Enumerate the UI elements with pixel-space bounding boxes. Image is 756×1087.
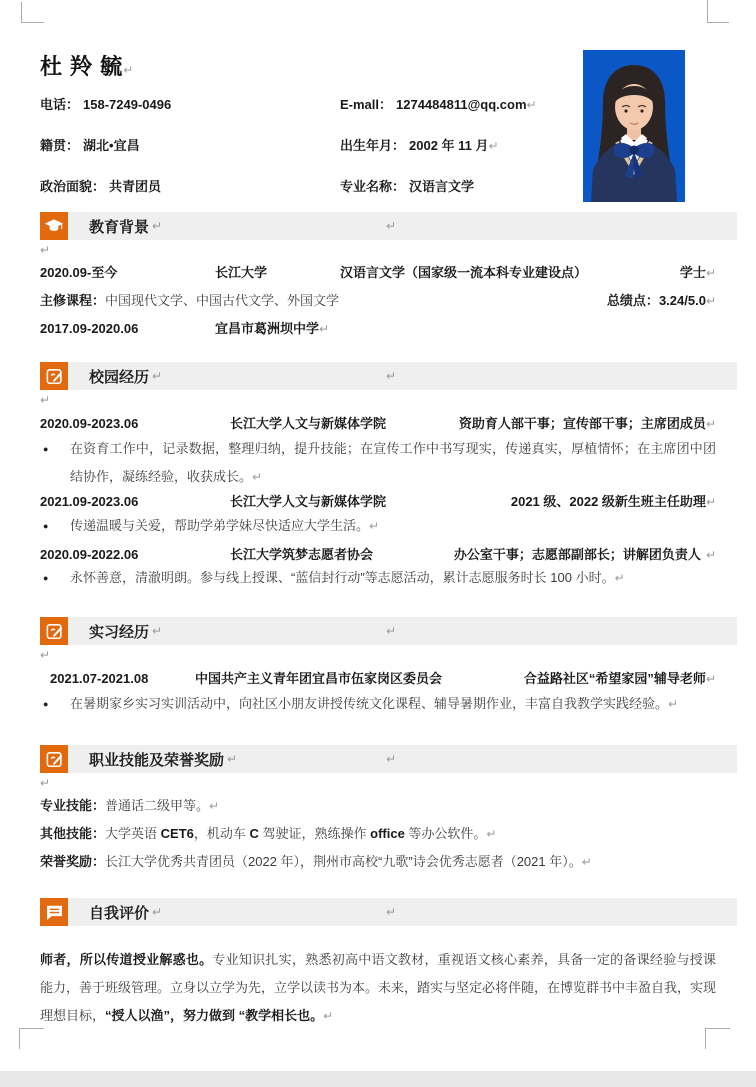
section-title: 教育背景	[89, 216, 149, 237]
bullet-icon: ●	[40, 564, 70, 592]
paragraph-mark: ↵	[152, 905, 162, 919]
margin-mark-top-right	[707, 0, 729, 23]
empty-paragraph: ↵	[40, 242, 716, 258]
paragraph-mark: ↵	[386, 369, 396, 383]
section-header-selfeval: 自我评价↵ ↵	[40, 898, 737, 926]
empty-paragraph: ↵	[40, 392, 716, 408]
date-range: 2021.07-2021.08	[50, 670, 195, 688]
date-range: 2017.09-2020.06	[40, 320, 215, 338]
field-political-status: 政治面貌：共青团员	[40, 178, 340, 196]
organization: 长江大学人文与新媒体学院	[230, 415, 386, 433]
margin-mark-bottom-right	[705, 1028, 730, 1049]
paragraph-mark: ↵	[486, 827, 496, 841]
campus-entry-bullet: ● 永怀善意，清澈明朗。参与线上授课、“蓝信封行动”等志愿活动，累计志愿服务时长…	[40, 564, 716, 592]
education-row-courses: 主修课程：中国现代文学、中国古代文学、外国文学 总绩点：3.24/5.0↵	[40, 292, 716, 310]
bullet-text: 永怀善意，清澈明朗。参与线上授课、“蓝信封行动”等志愿活动，累计志愿服务时长 1…	[70, 564, 716, 592]
bullet-text: 传递温暖与关爱，帮助学弟学妹尽快适应大学生活。↵	[70, 512, 716, 540]
paragraph-mark: ↵	[527, 98, 537, 112]
empty-paragraph: ↵	[40, 647, 716, 663]
paragraph-mark: ↵	[323, 1009, 333, 1023]
speech-bubble-icon	[40, 898, 68, 926]
selfeval-bold-tail: “授人以渔”，努力做到 “教学相长也。	[105, 1008, 323, 1023]
margin-mark-top-left	[21, 2, 44, 23]
school-name: 长江大学	[215, 264, 340, 282]
date-range: 2020.09-2023.06	[40, 415, 230, 433]
date-range: 2020.09-至今	[40, 264, 215, 282]
bullet-text: 在资育工作中，记录数据，整理归纳，提升技能；在宣传工作中书写现实，传递真实，厚植…	[70, 435, 716, 491]
degree: 学士	[680, 264, 706, 282]
section-header-campus: 校园经历↵ ↵	[40, 362, 737, 390]
section-header-internship: 实习经历↵ ↵	[40, 617, 737, 645]
bullet-icon: ●	[40, 512, 70, 540]
paragraph-mark: ↵	[152, 369, 162, 383]
edit-note-icon	[40, 745, 68, 773]
paragraph-mark: ↵	[706, 493, 716, 511]
date-range: 2021.09-2023.06	[40, 493, 230, 511]
section-header-education: 教育背景↵ ↵	[40, 212, 737, 240]
organization: 长江大学人文与新媒体学院	[230, 493, 386, 511]
section-header-skills: 职业技能及荣誉奖励↵ ↵	[40, 745, 737, 773]
empty-paragraph: ↵	[40, 775, 716, 791]
bullet-text: 在暑期家乡实习实训活动中，向社区小朋友讲授传统文化课程、辅导暑期作业，丰富自我教…	[70, 690, 716, 718]
campus-entry-bullet: ● 传递温暖与关爱，帮助学弟学妹尽快适应大学生活。↵	[40, 512, 716, 540]
id-photo	[583, 50, 685, 202]
courses: 主修课程：中国现代文学、中国古代文学、外国文学	[40, 292, 339, 310]
role: 合益路社区“希望家园”辅导老师	[524, 670, 706, 688]
edit-note-icon	[40, 362, 68, 390]
role: 2021 级、2022 级新生班主任助理	[511, 493, 706, 511]
education-row-highschool: 2017.09-2020.06 宜昌市葛洲坝中学↵	[40, 320, 716, 338]
section-title: 校园经历	[89, 366, 149, 387]
graduation-cap-icon	[40, 212, 68, 240]
paragraph-mark: ↵	[252, 470, 262, 484]
paragraph-mark: ↵	[209, 799, 219, 813]
organization: 长江大学筑梦志愿者协会	[230, 546, 373, 564]
paragraph-mark: ↵	[152, 219, 162, 233]
paragraph-mark: ↵	[386, 905, 396, 919]
paragraph-mark: ↵	[706, 294, 716, 308]
internship-entry-bullet: ● 在暑期家乡实习实训活动中，向社区小朋友讲授传统文化课程、辅导暑期作业，丰富自…	[40, 690, 716, 718]
skill-professional: 专业技能：普通话二级甲等。↵	[40, 792, 716, 820]
organization: 中国共产主义青年团宜昌市伍家岗区委员会	[195, 670, 442, 688]
selfeval-bold-lead: 师者，所以传道授业解惑也。	[40, 952, 212, 967]
section-title: 自我评价	[89, 902, 149, 923]
paragraph-mark: ↵	[668, 697, 678, 711]
resume-document-page: 杜 羚 毓↵ 电话：158-7249-0496 E-mall：127448481…	[0, 0, 756, 1087]
paragraph-mark: ↵	[706, 264, 716, 282]
bullet-icon: ●	[40, 435, 70, 491]
paragraph-mark: ↵	[706, 670, 716, 688]
paragraph-mark: ↵	[227, 752, 237, 766]
paragraph-mark: ↵	[489, 139, 499, 153]
skill-other: 其他技能：大学英语 CET6，机动车 C 驾驶证，熟练操作 office 等办公…	[40, 820, 716, 848]
paragraph-mark: ↵	[123, 63, 134, 77]
paragraph-mark: ↵	[386, 624, 396, 638]
campus-entry-title: 2021.09-2023.06 长江大学人文与新媒体学院 2021 级、2022…	[40, 493, 716, 511]
page-bottom-gap	[0, 1071, 756, 1087]
paragraph-mark: ↵	[386, 219, 396, 233]
major-name: 汉语言文学（国家级一流本科专业建设点）	[340, 264, 680, 282]
field-phone: 电话：158-7249-0496	[40, 96, 340, 114]
date-range: 2020.09-2022.06	[40, 546, 230, 564]
paragraph-mark: ↵	[582, 855, 592, 869]
campus-entry-title: 2020.09-2023.06 长江大学人文与新媒体学院 资助育人部干事；宣传部…	[40, 415, 716, 433]
portrait-photo-graphic	[583, 50, 685, 202]
paragraph-mark: ↵	[369, 519, 379, 533]
field-native-place: 籍贯：湖北•宜昌	[40, 137, 340, 155]
school-name: 宜昌市葛洲坝中学	[215, 320, 319, 338]
gpa: 总绩点：3.24/5.0↵	[607, 292, 716, 310]
campus-entry-title: 2020.09-2022.06 长江大学筑梦志愿者协会 办公室干事；志愿部副部长…	[40, 546, 716, 564]
role: 资助育人部干事；宣传部干事；主席团成员	[459, 415, 706, 433]
section-title: 实习经历	[89, 621, 149, 642]
education-row-university: 2020.09-至今 长江大学 汉语言文学（国家级一流本科专业建设点） 学士↵	[40, 264, 716, 282]
margin-mark-bottom-left	[19, 1028, 44, 1049]
section-title: 职业技能及荣誉奖励	[89, 749, 224, 770]
paragraph-mark: ↵	[706, 546, 716, 564]
role: 办公室干事；志愿部副部长；讲解团负责人	[454, 546, 701, 564]
self-evaluation-paragraph: 师者，所以传道授业解惑也。专业知识扎实，熟悉初高中语文教材，重视语文核心素养，具…	[40, 946, 716, 1030]
internship-entry-title: 2021.07-2021.08 中国共产主义青年团宜昌市伍家岗区委员会 合益路社…	[40, 670, 716, 688]
paragraph-mark: ↵	[615, 571, 625, 585]
paragraph-mark: ↵	[152, 624, 162, 638]
edit-note-icon	[40, 617, 68, 645]
paragraph-mark: ↵	[319, 320, 329, 338]
campus-entry-bullet: ● 在资育工作中，记录数据，整理归纳，提升技能；在宣传工作中书写现实，传递真实，…	[40, 435, 716, 491]
paragraph-mark: ↵	[386, 752, 396, 766]
bullet-icon: ●	[40, 690, 70, 718]
paragraph-mark: ↵	[706, 415, 716, 433]
skill-honors: 荣誉奖励：长江大学优秀共青团员（2022 年），荆州市高校“九歌”诗会优秀志愿者…	[40, 848, 716, 876]
